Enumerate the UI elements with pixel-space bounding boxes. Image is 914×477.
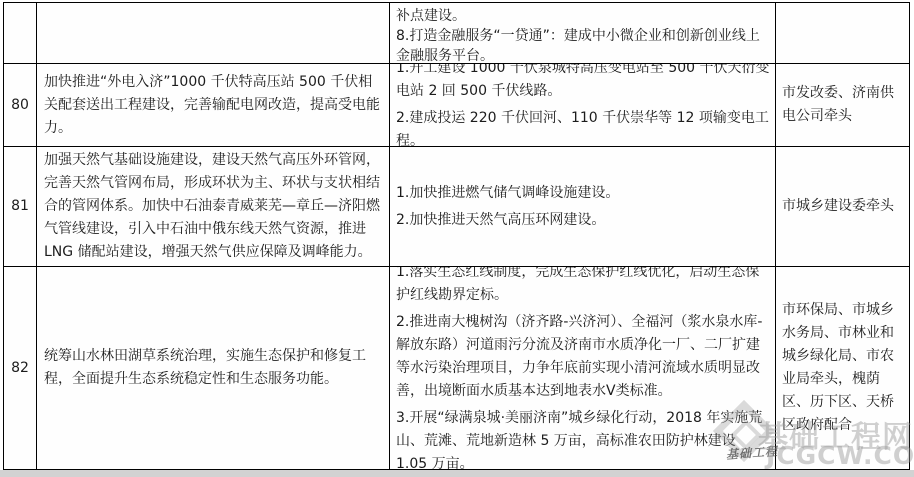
lead-cell: 市环保局、市城乡水务局、市林业和城乡绿化局、市农业局牵头，槐荫区、历下区、天桥区…: [776, 267, 909, 469]
row-number-cell: 80: [4, 64, 36, 146]
row-number-cell: 82: [4, 267, 36, 469]
lead-text: 市城乡建设委牵头: [782, 195, 905, 218]
detail-item: 2.建成投运 220 千伏回河、110 千伏崇华等 12 项输变电工程。: [396, 107, 771, 146]
details-cell: 1.加快推进燃气储气调峰设施建设。 2.加快推进天然气高压环网建设。: [390, 147, 775, 266]
detail-item: 3.开展“绿满泉城·美丽济南”城乡绿化行动，2018 年实施荒山、荒滩、荒地新造…: [396, 407, 771, 470]
lead-text: 市发改委、济南供电公司牵头: [782, 82, 905, 128]
lead-cell: [776, 3, 909, 63]
task-text: 加快推进“外电入济”1000 千伏特高压站 500 千伏相关配套送出工程建设，完…: [44, 71, 384, 140]
details-cell: 1.落实生态红线制度，完成生态保护红线优化，启动生态保护红线勘界定标。 2.推进…: [390, 267, 775, 469]
detail-item: 1.开工建设 1000 千伏泉城特高压变电站至 500 千伏天衍变电站 2 回 …: [396, 64, 771, 103]
lead-cell: 市城乡建设委牵头: [776, 147, 909, 266]
row-number-cell: 81: [4, 147, 36, 266]
task-text: 加强天然气基础设施建设，建设天然气高压外环管网，完善天然气管网布局，形成环状为主…: [44, 149, 384, 264]
lead-cell: 市发改委、济南供电公司牵头: [776, 64, 909, 146]
detail-item: 2.推进南大槐树沟（济齐路-兴济河）、全福河（浆水泉水库-解放东路）河道雨污分流…: [396, 311, 771, 403]
lead-text: 市环保局、市城乡水务局、市林业和城乡绿化局、市农业局牵头，槐荫区、历下区、天桥区…: [782, 299, 905, 437]
task-cell: [37, 3, 389, 63]
detail-item: 1.落实生态红线制度，完成生态保护红线优化，启动生态保护红线勘界定标。: [396, 267, 771, 307]
task-cell: 统筹山水林田湖草系统治理，实施生态保护和修复工程，全面提升生态系统稳定性和生态服…: [37, 267, 389, 469]
row-number-cell: [4, 3, 36, 63]
plan-table: 补点建设。 8.打造金融服务“一贷通”：建成中小微企业和创新创业线上金融服务平台…: [3, 2, 910, 470]
details-cell: 补点建设。 8.打造金融服务“一贷通”：建成中小微企业和创新创业线上金融服务平台…: [390, 3, 775, 63]
detail-item: 1.加快推进燃气储气调峰设施建设。: [396, 182, 771, 205]
detail-item: 补点建设。: [396, 6, 771, 26]
details-cell: 1.开工建设 1000 千伏泉城特高压变电站至 500 千伏天衍变电站 2 回 …: [390, 64, 775, 146]
page-bottom-margin: [0, 470, 914, 477]
task-text: 统筹山水林田湖草系统治理，实施生态保护和修复工程，全面提升生态系统稳定性和生态服…: [44, 345, 384, 391]
detail-item: 8.打造金融服务“一贷通”：建成中小微企业和创新创业线上金融服务平台。: [396, 26, 771, 63]
detail-item: 2.加快推进天然气高压环网建设。: [396, 209, 771, 232]
task-cell: 加快推进“外电入济”1000 千伏特高压站 500 千伏相关配套送出工程建设，完…: [37, 64, 389, 146]
task-cell: 加强天然气基础设施建设，建设天然气高压外环管网，完善天然气管网布局，形成环状为主…: [37, 147, 389, 266]
